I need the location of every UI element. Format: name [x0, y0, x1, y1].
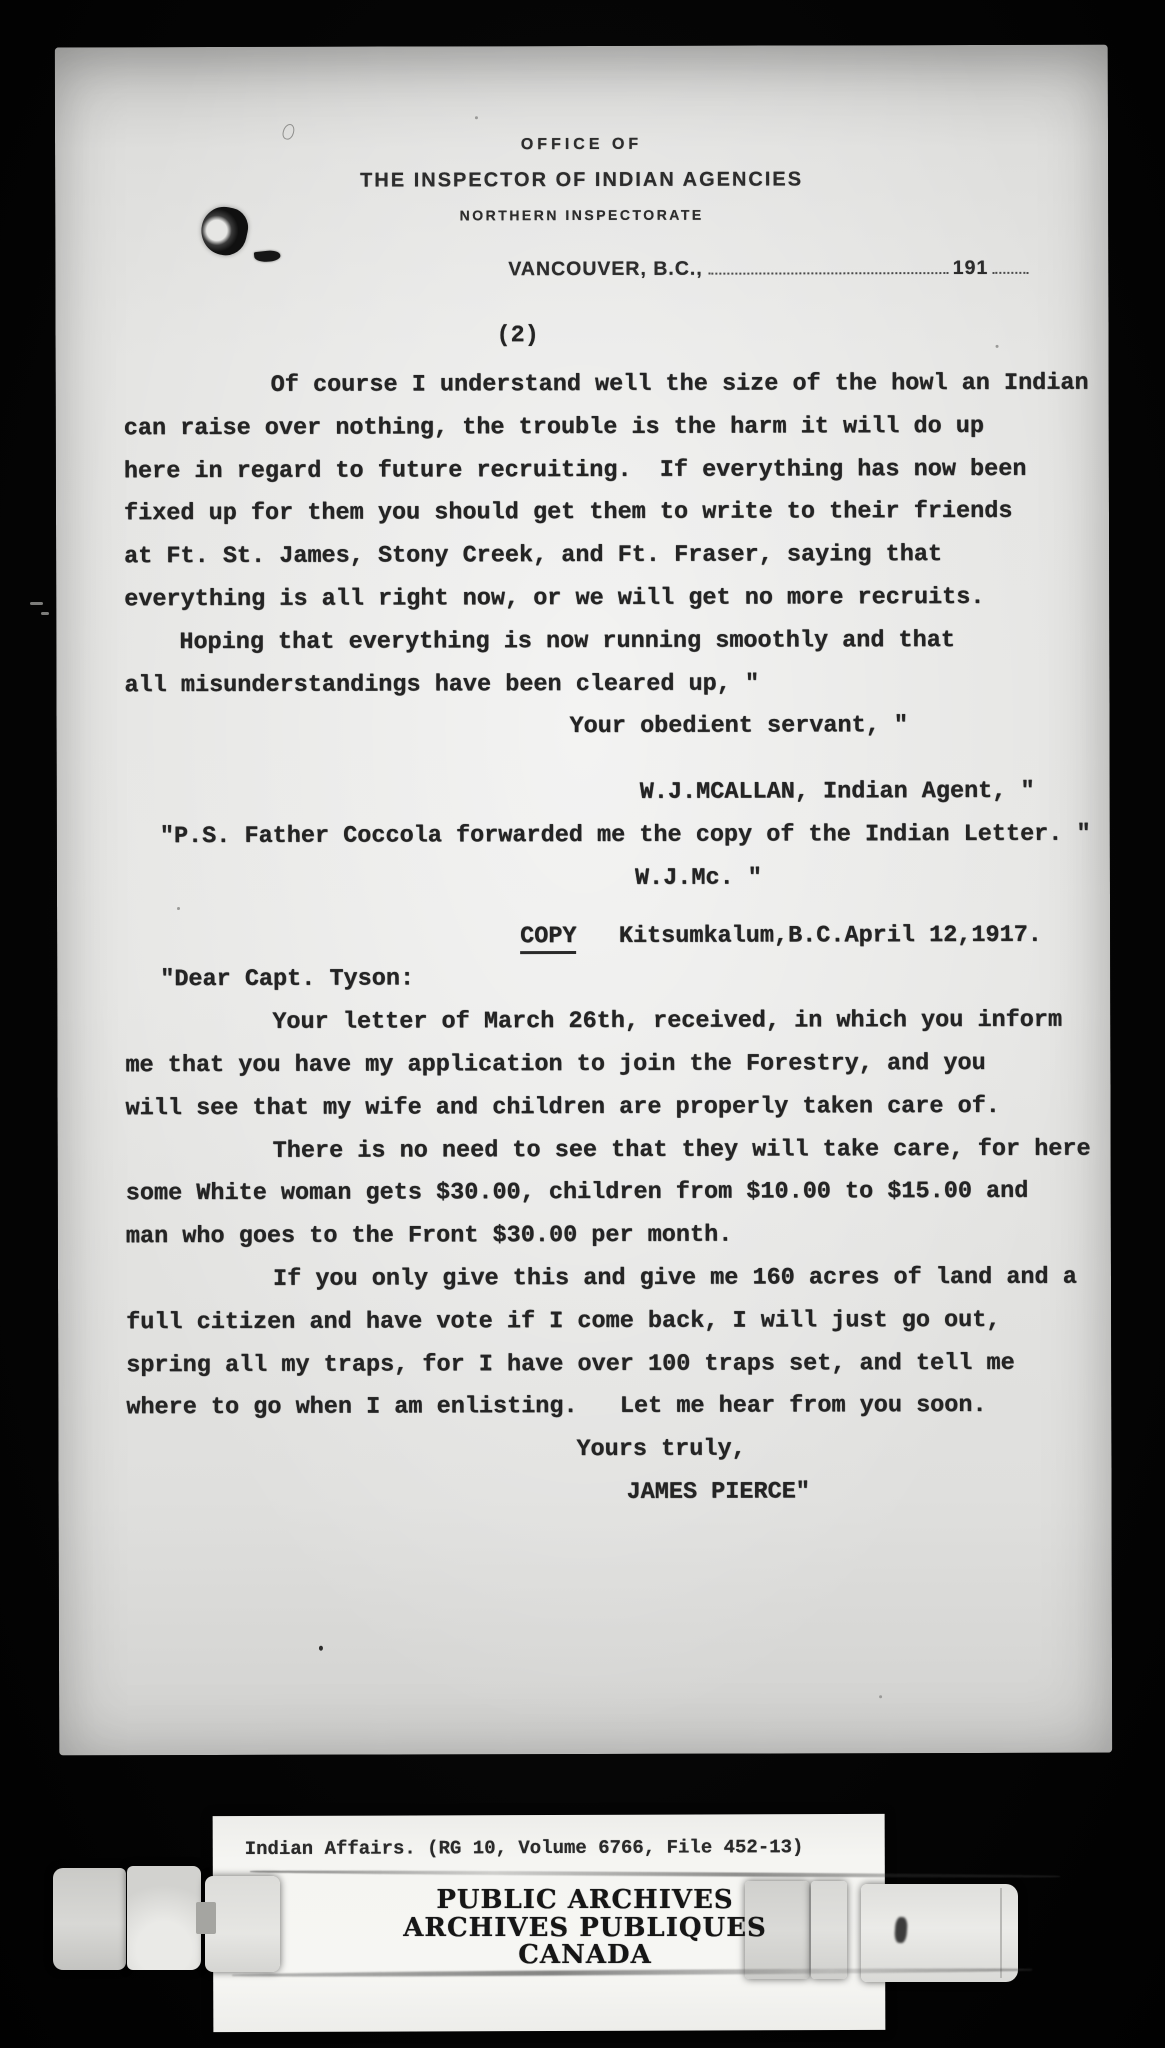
typed-line: man who goes to the Front $30.00 per mon…	[58, 1214, 1111, 1260]
archive-reference-line: Indian Affairs. (RG 10, Volume 6766, Fil…	[245, 1836, 804, 1860]
typed-line: spring all my traps, for I have over 100…	[58, 1342, 1111, 1388]
closing-line: Your obedient servant, "	[56, 705, 1109, 751]
signature-line: W.J.MCALLAN, Indian Agent, "	[57, 771, 1110, 817]
typed-line: where to go when I am enlisting. Let me …	[58, 1385, 1111, 1431]
typed-line: will see that my wife and children are p…	[57, 1085, 1110, 1131]
letterhead-office-line: OFFICE OF	[55, 135, 1108, 156]
scanned-letter-page: OFFICE OF THE INSPECTOR OF INDIAN AGENCI…	[55, 45, 1112, 1756]
typed-line: Your letter of March 26th, received, in …	[57, 1000, 1110, 1046]
typed-body: Of course I understand well the size of …	[56, 363, 1112, 1516]
dust-speck	[177, 907, 180, 910]
letterhead-title-line: THE INSPECTOR OF INDIAN AGENCIES	[55, 168, 1108, 194]
copy-heading: COPY Kitsumkalum,B.C.April 12,1917.	[57, 914, 1110, 960]
splice-tape-block	[205, 1876, 280, 1972]
typed-line: everything is all right now, or we will …	[56, 577, 1109, 623]
initials-line: W.J.Mc. "	[57, 856, 1110, 902]
typed-line: full citizen and have vote if I come bac…	[58, 1299, 1111, 1345]
postscript-line: "P.S. Father Coccola forwarded me the co…	[57, 814, 1110, 860]
splice-tape-block	[127, 1866, 201, 1970]
dateline-dotted-rule-short	[992, 257, 1028, 274]
typed-line: can raise over nothing, the trouble is t…	[56, 405, 1109, 451]
stamp-line-french: ARCHIVES PUBLIQUES	[295, 1915, 875, 1943]
ink-smudge	[254, 249, 281, 263]
splice-tape-block	[53, 1868, 126, 1970]
dateline-year: 191	[953, 257, 989, 279]
tape-ink-mark	[894, 1917, 908, 1944]
closing-line: Yours truly,	[58, 1428, 1111, 1474]
typed-line: all misunderstandings have been cleared …	[56, 662, 1109, 708]
film-edge-mark	[30, 602, 43, 605]
dust-speck	[996, 345, 999, 348]
dateline-place: VANCOUVER, B.C.,	[508, 258, 702, 281]
tape-seam	[1000, 1888, 1002, 1978]
copy-place-date: Kitsumkalum,B.C.April 12,1917.	[576, 921, 1041, 949]
typed-line: If you only give this and give me 160 ac…	[58, 1257, 1111, 1303]
typed-line: me that you have my application to join …	[57, 1043, 1110, 1089]
typed-line: fixed up for them you should get them to…	[56, 491, 1109, 537]
dust-speck	[879, 1695, 882, 1698]
typed-line: at Ft. St. James, Stony Creek, and Ft. F…	[56, 534, 1109, 580]
dateline: VANCOUVER, B.C.,191	[508, 257, 1028, 281]
public-archives-stamp: PUBLIC ARCHIVES ARCHIVES PUBLIQUES CANAD…	[295, 1887, 875, 1970]
typed-line: Of course I understand well the size of …	[56, 363, 1109, 409]
spacer	[57, 748, 1110, 774]
dust-speck	[319, 1646, 323, 1651]
page-number: (2)	[496, 322, 538, 349]
microfilm-frame: OFFICE OF THE INSPECTOR OF INDIAN AGENCI…	[0, 0, 1165, 2048]
salutation-line: "Dear Capt. Tyson:	[57, 957, 1110, 1003]
dust-speck	[475, 116, 478, 119]
signature-line: JAMES PIERCE"	[58, 1471, 1111, 1517]
splice-tape-block	[861, 1884, 1018, 1982]
stamp-line-english: PUBLIC ARCHIVES	[295, 1887, 875, 1915]
typed-line: here in regard to future recruiting. If …	[56, 448, 1109, 494]
dateline-dotted-rule	[709, 257, 949, 275]
copy-label: COPY	[520, 923, 577, 954]
typed-line: Hoping that everything is now running sm…	[56, 619, 1109, 665]
splice-tape-notch	[196, 1902, 216, 1934]
stamp-line-canada: CANADA	[295, 1942, 875, 1970]
typed-line: some White woman gets $30.00, children f…	[58, 1171, 1111, 1217]
typed-line: There is no need to see that they will t…	[58, 1128, 1111, 1174]
film-edge-mark	[41, 612, 49, 615]
